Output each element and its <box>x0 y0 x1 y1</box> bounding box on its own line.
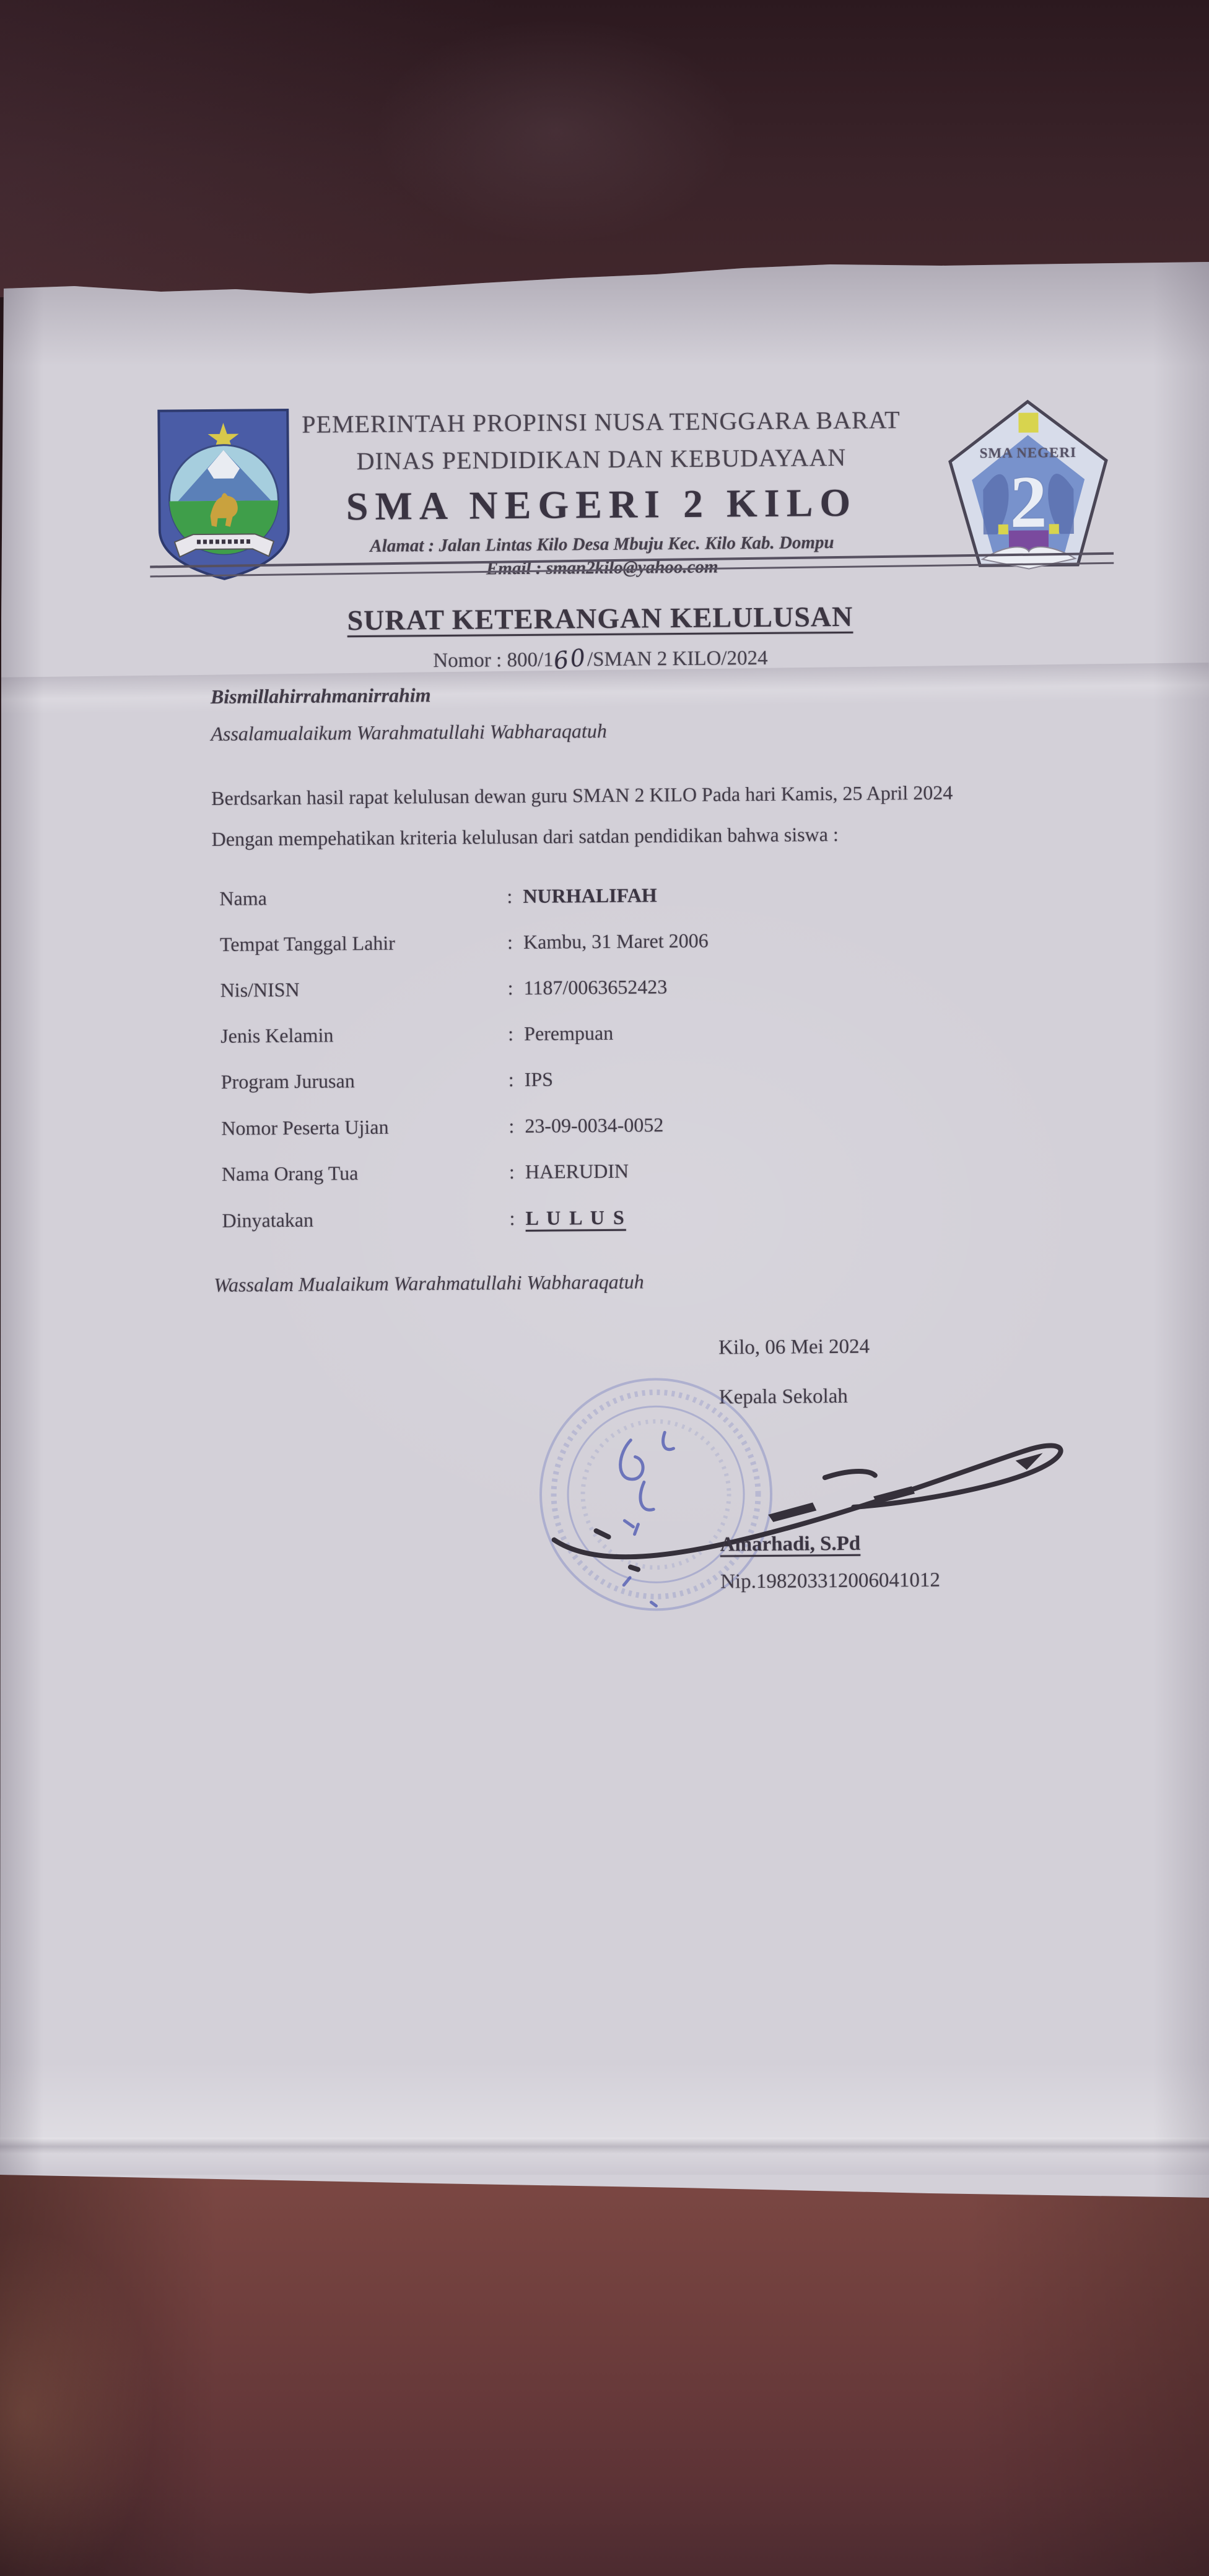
school-name: SMA NEGERI 2 KILO <box>261 478 943 532</box>
field-row-nisn: Nis/NISN : 1187/0063652423 <box>220 972 1062 1016</box>
department-line: DINAS PENDIDIKAN DAN KEBUDAYAAN <box>261 438 942 481</box>
school-pentagon-logo: SMA NEGERI 2 <box>945 396 1111 578</box>
field-value: HAERUDIN <box>525 1160 629 1183</box>
field-colon: : <box>507 885 512 908</box>
table-background-bottom <box>0 2149 1209 2576</box>
closing-salam-line: Wassalam Mualaikum Warahmatullahi Wabhar… <box>214 1271 644 1297</box>
opening-salam-line: Assalamualaikum Warahmatullahi Wabharaqa… <box>211 720 607 746</box>
field-value: Perempuan <box>524 1022 613 1045</box>
letterhead-text: PEMERINTAH PROPINSI NUSA TENGGARA BARAT … <box>260 401 943 583</box>
field-row-nama: Nama : NURHALIFAH <box>219 881 1062 925</box>
field-row-nomor-ujian: Nomor Peserta Ujian : 23-09-0034-0052 <box>221 1110 1063 1154</box>
field-colon: : <box>508 1068 514 1091</box>
blue-ink-initials <box>620 1432 674 1606</box>
letter-number-suffix: /SMAN 2 KILO/2024 <box>587 647 768 671</box>
field-colon: : <box>509 1207 515 1230</box>
table-background-top <box>0 0 1209 297</box>
signer-nip: Nip.198203312006041012 <box>720 1567 1154 1593</box>
body-paragraph-line2: Dengan mempehatikan kriteria kelulusan d… <box>212 821 1091 851</box>
signer-name: Amarhadi, S.Pd <box>720 1530 1154 1556</box>
field-colon: : <box>507 931 513 954</box>
field-label: Program Jurusan <box>221 1069 355 1094</box>
field-value: 1187/0063652423 <box>523 975 667 999</box>
field-value: IPS <box>525 1068 554 1091</box>
field-label: Nama <box>219 887 267 910</box>
field-colon: : <box>508 1115 514 1138</box>
field-colon: : <box>509 1160 515 1183</box>
logo-caption: SMA NEGERI <box>980 445 1077 461</box>
field-value-lulus: L U L U S <box>525 1206 626 1230</box>
field-value: Kambu, 31 Maret 2006 <box>523 929 709 954</box>
field-value: NURHALIFAH <box>523 884 657 908</box>
logo-flame-icon <box>1018 412 1038 432</box>
field-label: Nis/NISN <box>220 978 299 1002</box>
signature-flourish <box>768 1453 1044 1521</box>
field-row-dinyatakan: Dinyatakan : L U L U S <box>222 1203 1064 1247</box>
field-label: Nomor Peserta Ujian <box>221 1116 388 1140</box>
field-label: Tempat Tanggal Lahir <box>220 932 395 956</box>
letter-number: Nomor : 800/160/SMAN 2 KILO/2024 <box>198 641 1003 674</box>
field-label: Nama Orang Tua <box>222 1162 359 1186</box>
bismillah-line: Bismillahirrahmanirrahim <box>211 684 431 708</box>
field-row-jenis-kelamin: Jenis Kelamin : Perempuan <box>220 1018 1063 1062</box>
field-label: Dinyatakan <box>222 1209 313 1232</box>
body-paragraph-line1: Berdsarkan hasil rapat kelulusan dewan g… <box>211 780 1091 810</box>
letter-number-prefix: Nomor : 800/1 <box>433 649 554 672</box>
field-row-ttl: Tempat Tanggal Lahir : Kambu, 31 Maret 2… <box>220 926 1062 970</box>
government-line: PEMERINTAH PROPINSI NUSA TENGGARA BARAT <box>260 401 941 444</box>
field-value: 23-09-0034-0052 <box>525 1113 663 1138</box>
field-row-jurusan: Program Jurusan : IPS <box>221 1064 1063 1108</box>
field-colon: : <box>507 977 513 999</box>
photo-of-document: PEMERINTAH PROPINSI NUSA TENGGARA BARAT … <box>0 0 1209 2576</box>
field-colon: : <box>508 1022 513 1045</box>
letter-title: SURAT KETERANGAN KELULUSAN <box>198 599 1003 638</box>
field-row-orang-tua: Nama Orang Tua : HAERUDIN <box>222 1156 1064 1200</box>
letter-number-handwritten: 60 <box>552 643 589 675</box>
field-label: Jenis Kelamin <box>220 1024 333 1047</box>
